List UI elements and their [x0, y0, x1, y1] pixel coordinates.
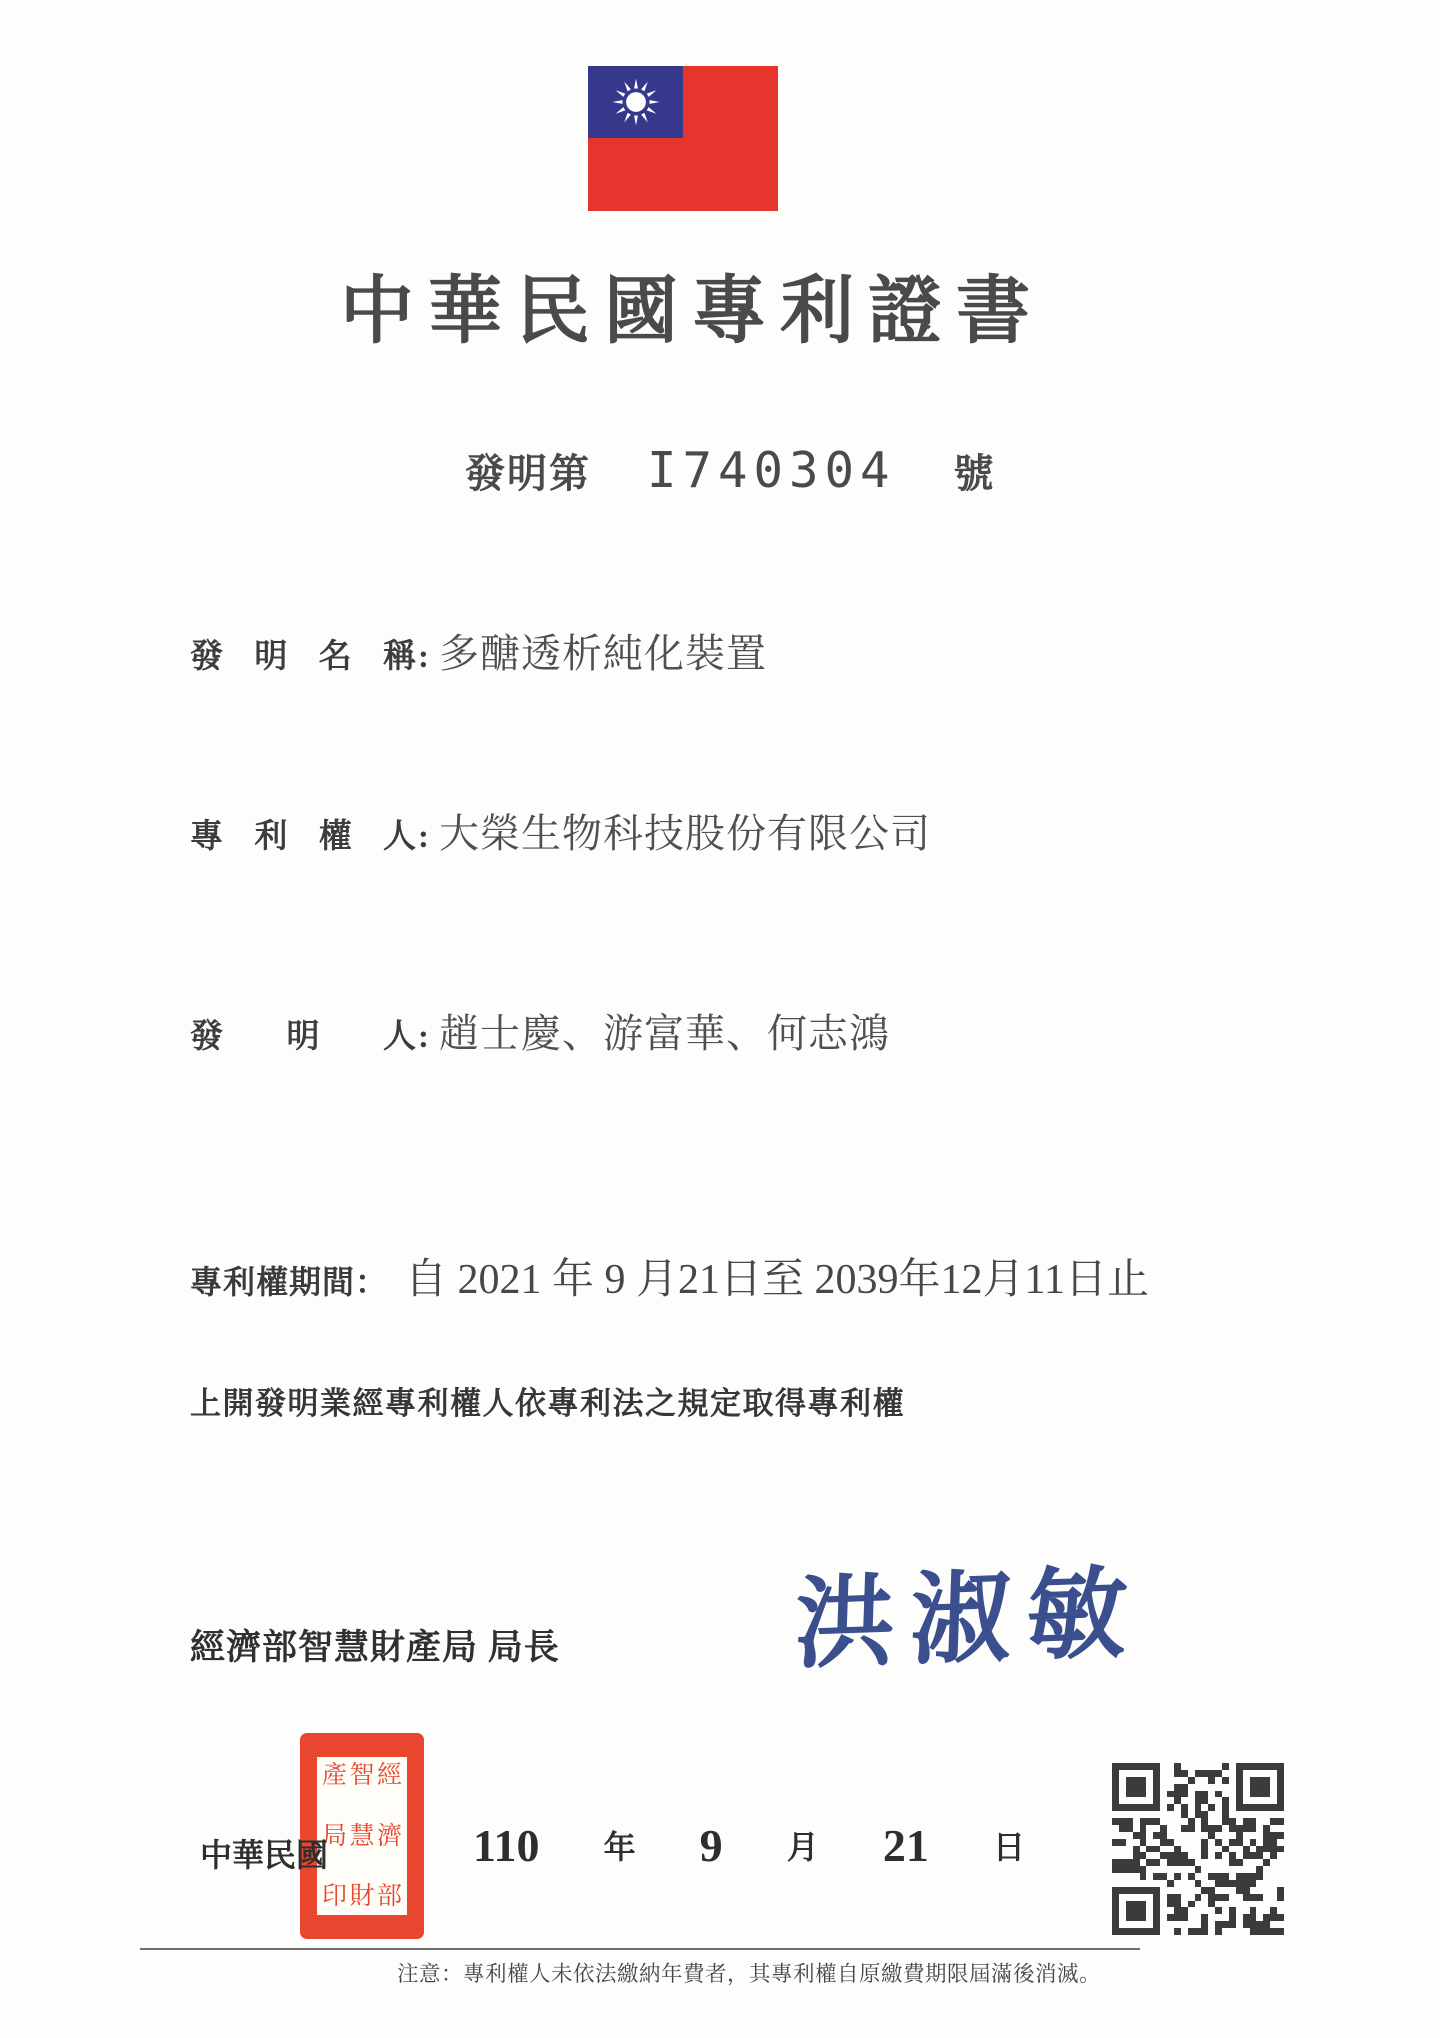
patent-term-value: 自 2021 年 9 月21日至 2039年12月11日止: [405, 1246, 1149, 1306]
field-row-patentee: 專利權人 : 大榮生物科技股份有限公司: [190, 802, 931, 859]
invention-name-colon: :: [418, 639, 429, 676]
patent-certificate-page: 中華民國專利證書 發明第 I740304 號 發明名稱 : 多醣透析純化裝置 專…: [0, 0, 1440, 2038]
taiwan-flag: [588, 66, 778, 211]
era-label: 中華民國: [200, 1830, 328, 1876]
director-signature: 洪淑敏: [793, 1532, 1146, 1688]
inventors-colon: :: [418, 1019, 429, 1056]
date-year-unit: 年: [604, 1822, 636, 1868]
date-month: 9: [700, 1819, 723, 1872]
flag-canton: [588, 66, 683, 138]
certificate-title: 中華民國專利證書: [340, 252, 1044, 358]
seal-inner: 經濟部智慧財產局印: [317, 1757, 407, 1915]
qr-code: [1112, 1763, 1284, 1935]
footer-note: 注意：專利權人未依法繳納年費者，其專利權自原繳費期限屆滿後消滅。: [397, 1957, 1101, 1988]
inventors-value: 趙士慶、游富華、何志鴻: [439, 1002, 890, 1059]
field-row-invention-name: 發明名稱 : 多醣透析純化裝置: [190, 622, 767, 679]
patent-term-colon: ：: [355, 1257, 387, 1303]
date-year: 110: [473, 1819, 539, 1872]
date-day: 21: [883, 1819, 929, 1872]
patentee-label: 專利權人: [190, 810, 416, 857]
footer-divider: [140, 1948, 1140, 1950]
patentee-colon: :: [418, 819, 429, 856]
office-director-title: 經濟部智慧財產局 局長: [190, 1620, 560, 1670]
invention-name-value: 多醣透析純化裝置: [439, 622, 767, 679]
field-row-inventors: 發明人 : 趙士慶、游富華、何志鴻: [190, 1002, 890, 1059]
patent-number: I740304: [647, 442, 896, 499]
patent-term-label: 專利權期間: [190, 1257, 355, 1303]
field-row-patent-term: 專利權期間 ： 自 2021 年 9 月21日至 2039年12月11日止: [190, 1246, 1149, 1306]
patent-number-line: 發明第 I740304 號: [465, 442, 994, 499]
patentee-value: 大榮生物科技股份有限公司: [439, 802, 931, 859]
legal-statement: 上開發明業經專利權人依專利法之規定取得專利權: [190, 1378, 905, 1423]
date-day-unit: 日: [993, 1822, 1025, 1868]
sun-icon: [605, 71, 667, 133]
issue-date-line: 110 年 9 月 21 日: [473, 1816, 1025, 1874]
inventors-label: 發明人: [190, 1010, 416, 1057]
date-month-unit: 月: [787, 1822, 819, 1868]
patent-number-suffix: 號: [954, 442, 994, 499]
invention-name-label: 發明名稱: [190, 630, 416, 677]
patent-number-prefix: 發明第: [465, 442, 591, 499]
